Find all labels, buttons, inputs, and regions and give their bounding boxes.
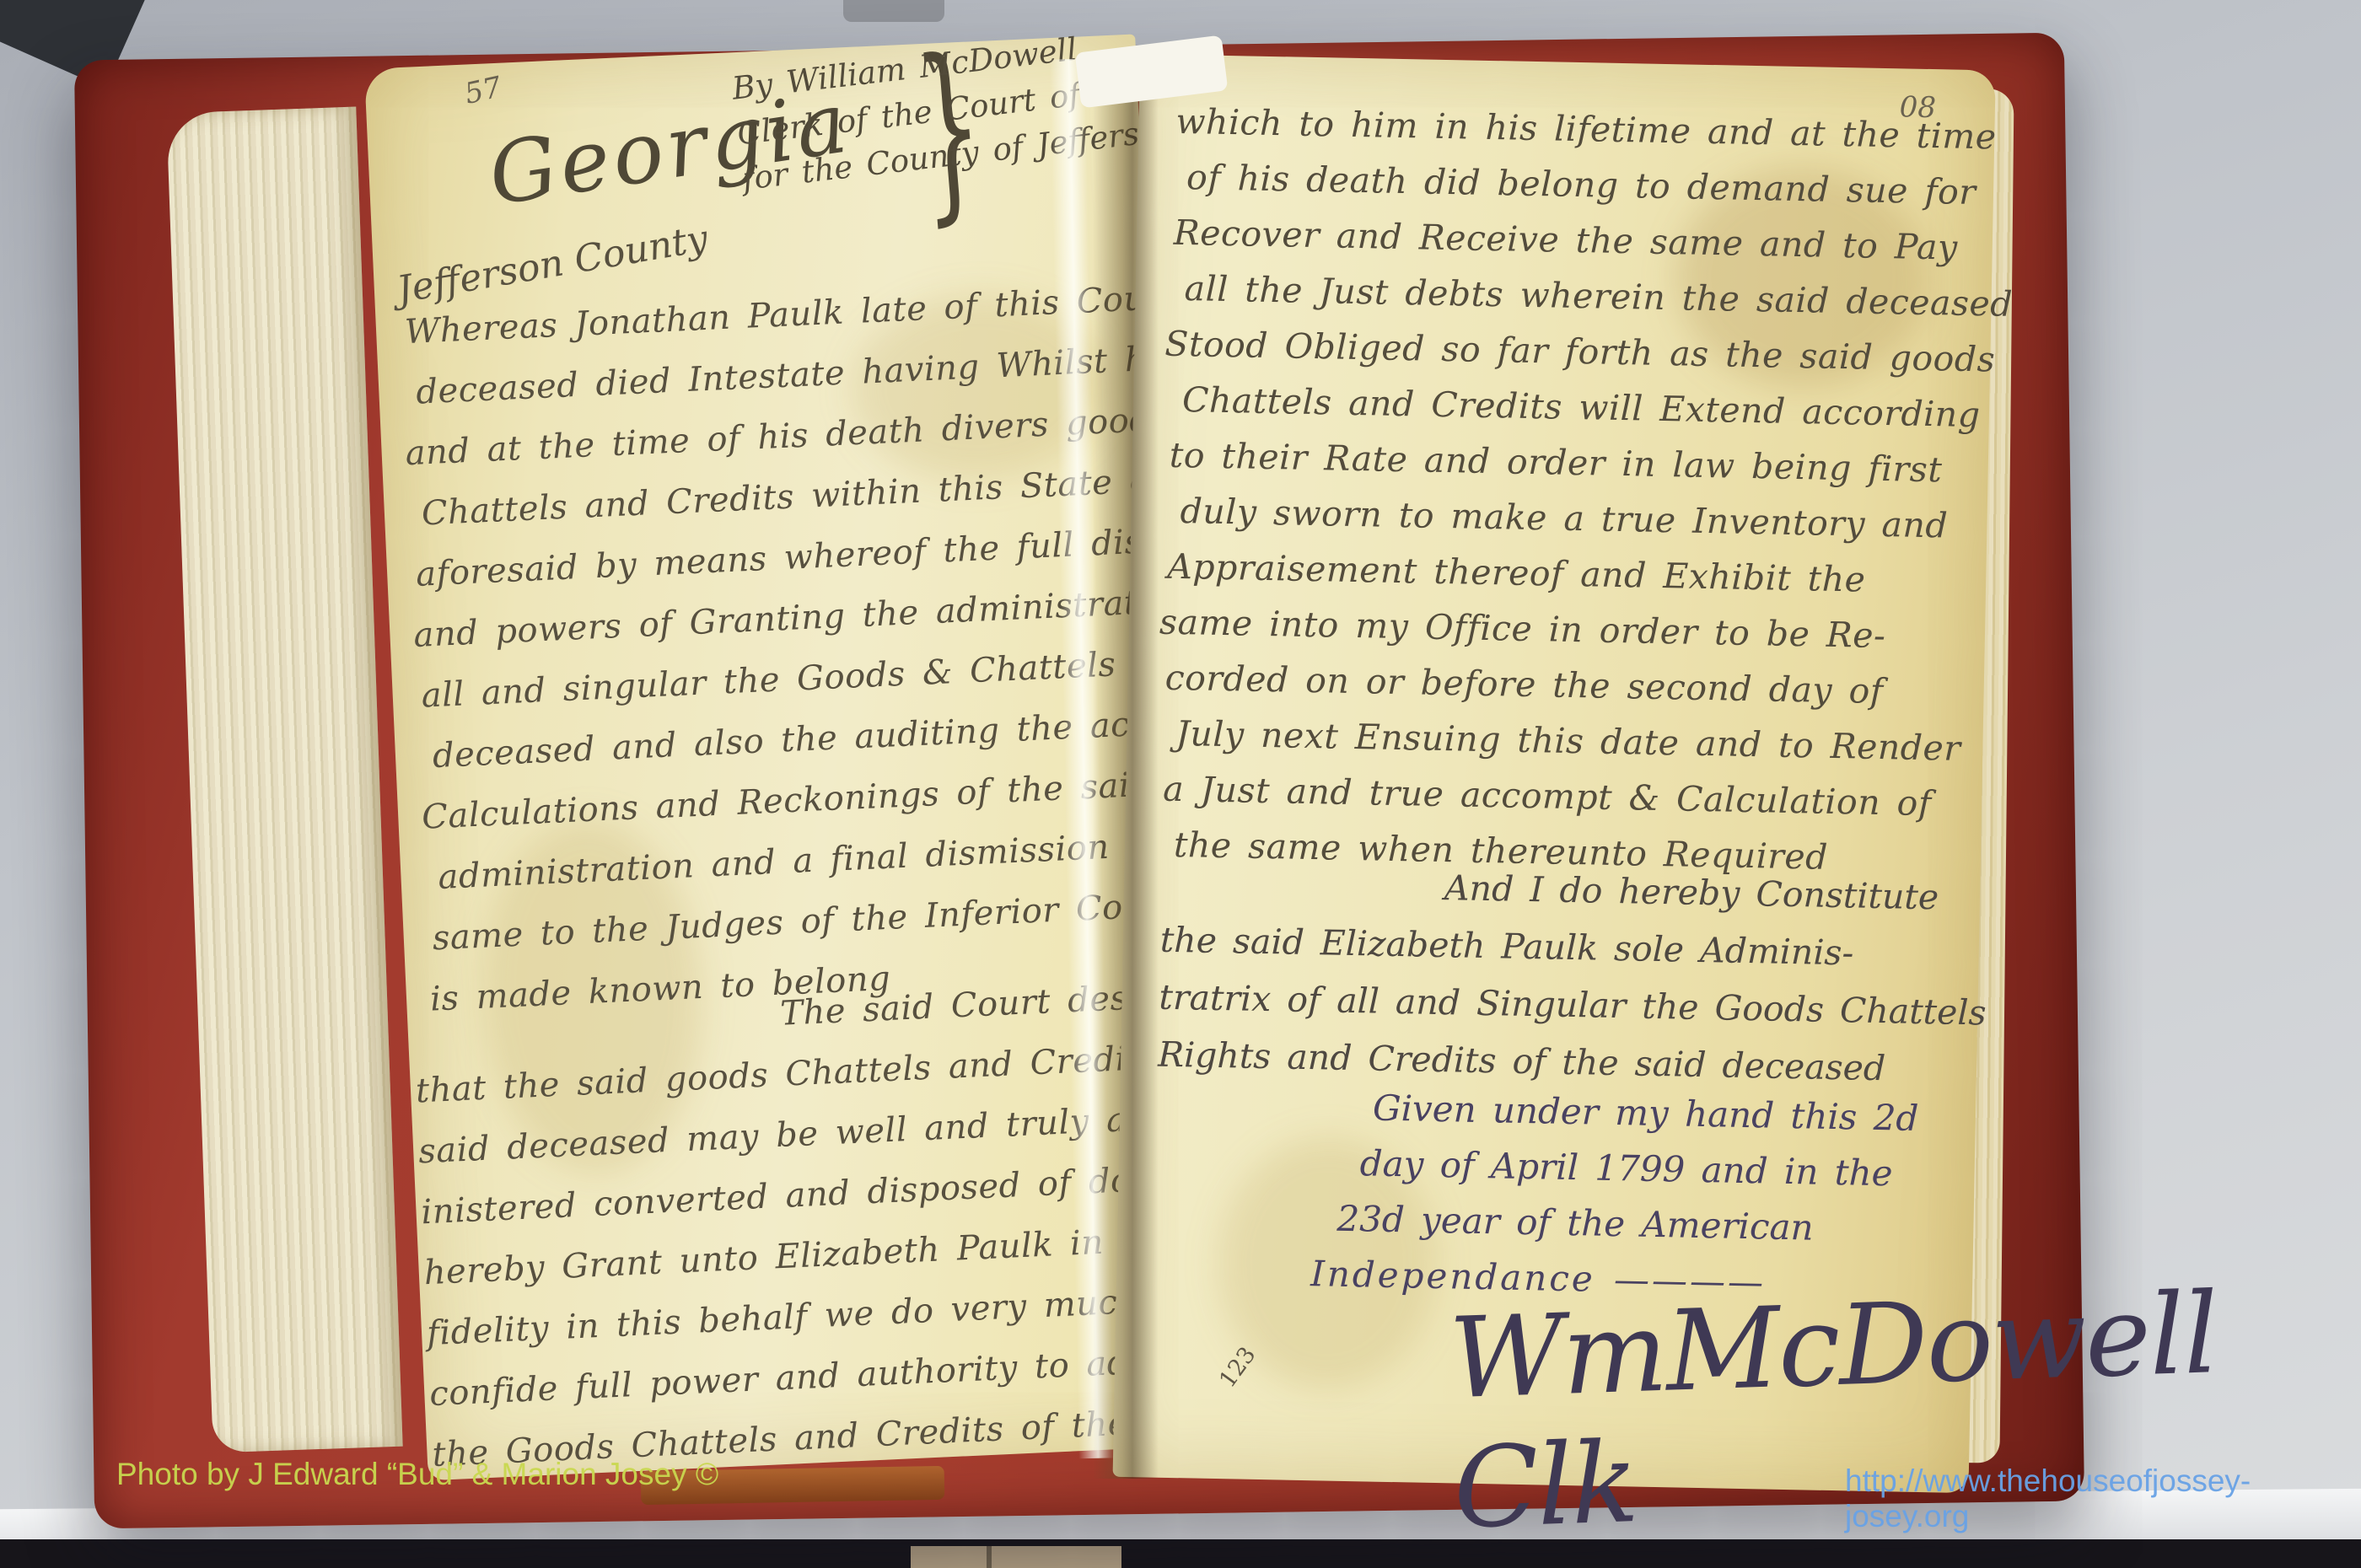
handwritten-line: day of April 1799 and in the [1359, 1136, 1918, 1202]
photograph-of-record-book: 57 Georgia } Jefferson County By William… [0, 0, 2361, 1568]
handwritten-line: Given under my hand this 2d [1372, 1081, 1919, 1146]
floor-tile-patch [911, 1546, 1121, 1568]
attestation-block: Given under my hand this 2d day of April… [1369, 1081, 1919, 1313]
right-page-paragraph-2: And I do hereby Constitute the said Eliz… [1158, 854, 1989, 1099]
handwritten-line: And I do hereby Constitute [1444, 859, 1988, 926]
gray-table-object [843, 0, 944, 22]
photo-credit-watermark: Photo by J Edward “Bud” & Marion Josey © [116, 1457, 718, 1492]
website-watermark: http://www.thehouseofjossey-josey.org [1845, 1463, 2361, 1534]
right-page-paragraph-1: which to him in his lifetime and at the … [1161, 94, 2016, 889]
right-page: 08 which to him in his lifetime and at t… [1113, 54, 1996, 1493]
floor-shadow-strip [0, 1539, 2361, 1568]
left-page-number: 57 [461, 70, 504, 110]
book-gutter-shadow [1093, 52, 1159, 1479]
